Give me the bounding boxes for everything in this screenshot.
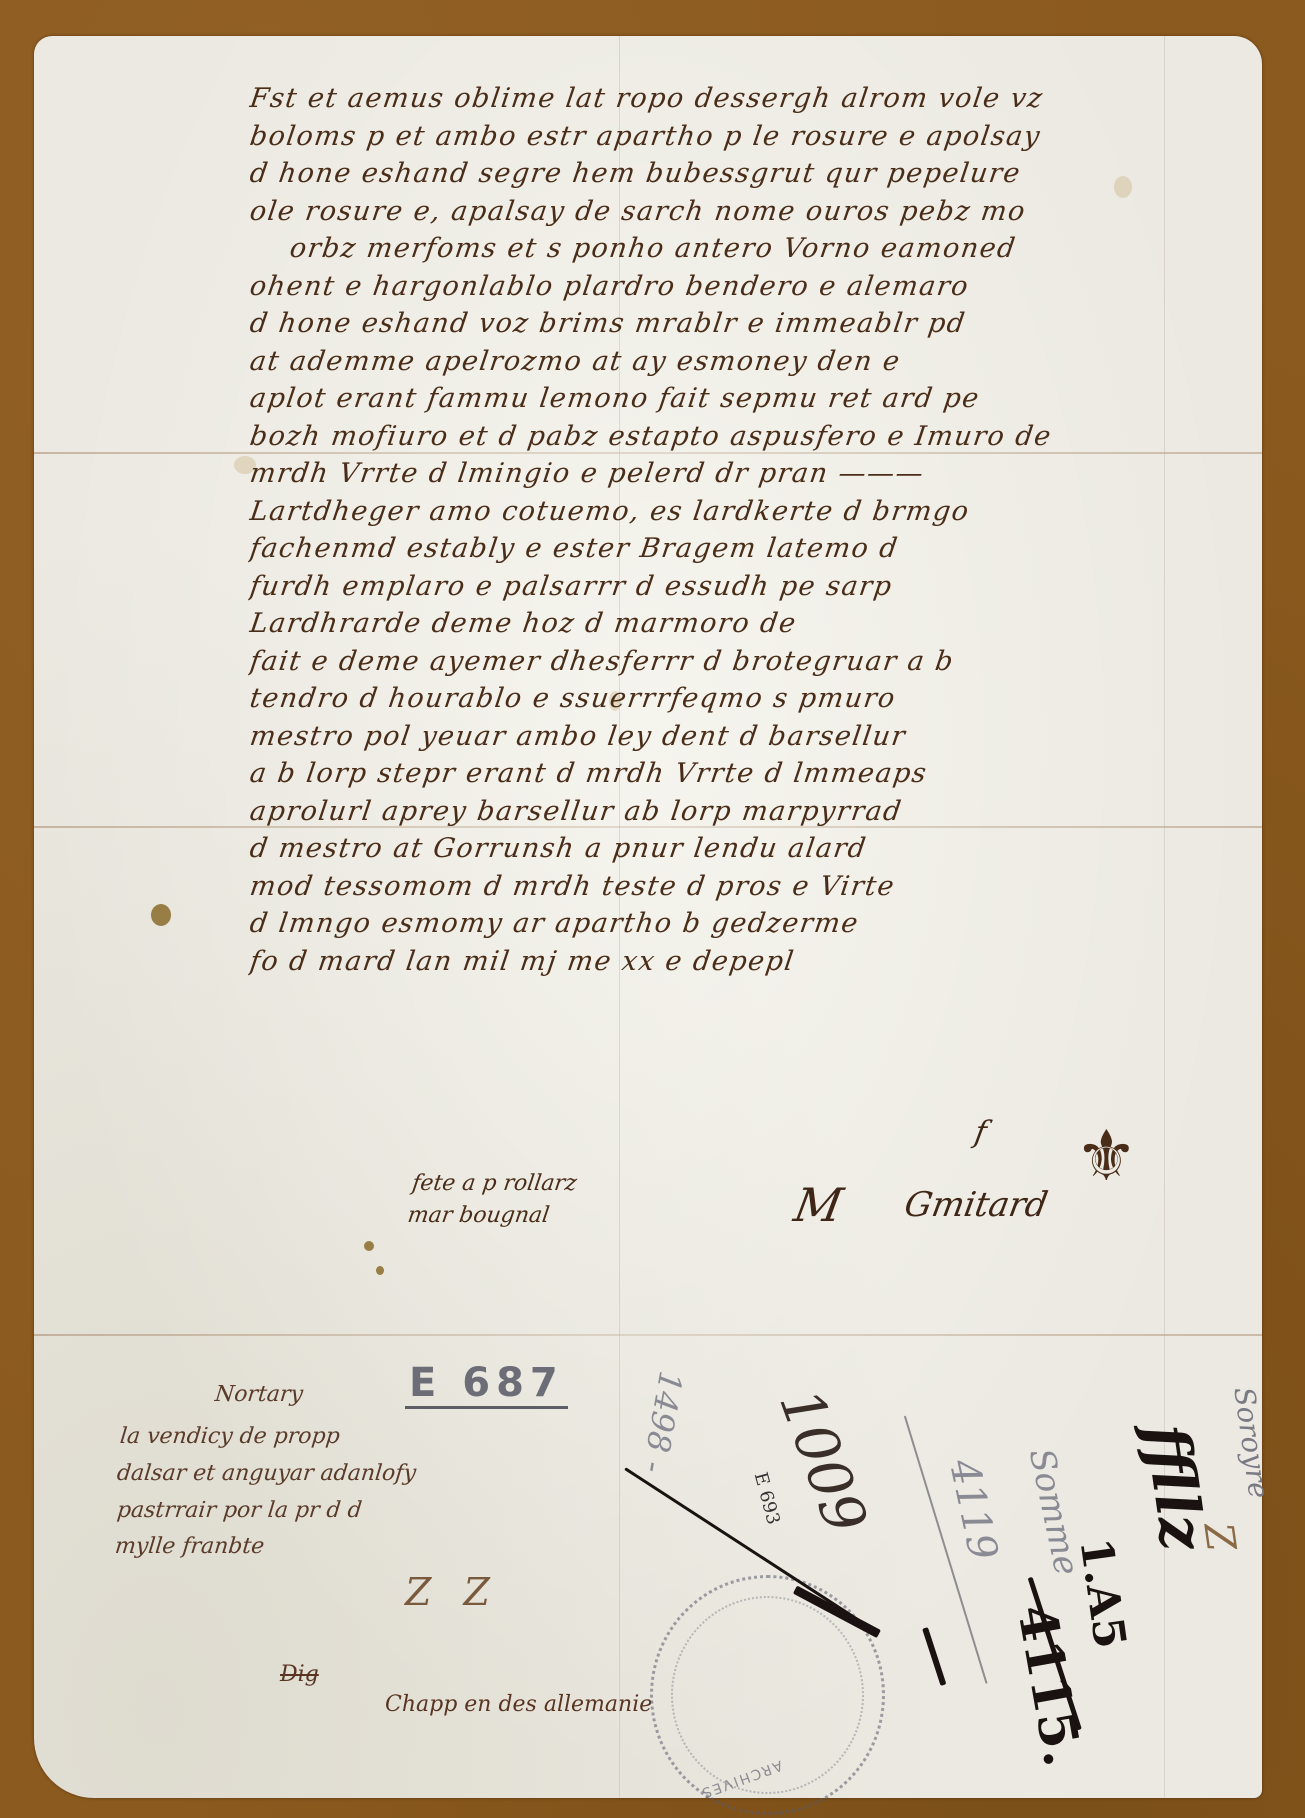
text-line: Lardhrarde deme hoz d marmoro de [247, 605, 1212, 643]
text-line: mod tessomom d mrdh teste d pros e Virte [247, 868, 1212, 906]
endorsement-line: dalsar et anguyar adanlofy [115, 1455, 418, 1492]
text-line: fo d mard lan mil mj me xx e depepl [247, 943, 1212, 981]
subscription-note: fete a p rollarz mar bougnal [406, 1168, 579, 1232]
fold-line [34, 1334, 1262, 1336]
text-line: a b lorp stepr erant d mrdh Vrrte d lmme… [247, 755, 1212, 793]
ink-stain [364, 1241, 374, 1251]
text-line: aprolurl aprey barsellur ab lorp marpyrr… [247, 793, 1212, 831]
subscription-line: mar bougnal [406, 1200, 575, 1232]
text-line: aplot erant fammu lemono fait sepmu ret … [247, 380, 1212, 418]
notary-signature: Gmitard [901, 1185, 1050, 1225]
text-line: boloms p et ambo estr apartho p le rosur… [247, 118, 1212, 156]
text-line: tendro d hourablo e ssuerrrfeqmo s pmuro [247, 680, 1212, 718]
document-body: Fst et aemus oblime lat ropo dessergh al… [250, 80, 1210, 980]
text-line: fachenmd estably e ester Bragem latemo d [247, 530, 1212, 568]
text-line: furdh emplaro e palsarrr d essudh pe sar… [247, 568, 1212, 606]
text-line: mrdh Vrrte d lmingio e pelerd dr pran ——… [247, 455, 1212, 493]
text-line: at ademme apelrozmo at ay esmoney den e [247, 343, 1212, 381]
text-line: d lmngo esmomy ar apartho b gedzerme [247, 905, 1212, 943]
text-line: bozh mofiuro et d pabz estapto aspusfero… [247, 418, 1212, 456]
text-line: Fst et aemus oblime lat ropo dessergh al… [247, 80, 1212, 118]
endorsement-marks: Z Z [405, 1570, 500, 1614]
endorsement-line: pastrrair por la pr d d [115, 1492, 364, 1529]
archival-reference: E 687 [405, 1360, 568, 1409]
endorsement-line: la vendicy de propp [118, 1418, 342, 1455]
text-line: ohent e hargonlablo plardro bendero e al… [247, 268, 1212, 306]
ink-stain [376, 1266, 384, 1275]
archive-stamp: ARCHIVES [650, 1575, 885, 1815]
ink-stain [151, 904, 171, 926]
endorsement-line: mylle franbte [113, 1528, 266, 1565]
text-line: fait e deme ayemer dhesferrr d brotegrua… [247, 643, 1212, 681]
text-line: d hone eshand segre hem bubessgrut qur p… [247, 155, 1212, 193]
text-line: Lartdheger amo cotuemo, es lardkerte d b… [247, 493, 1212, 531]
endorsement-line: Nortary [213, 1376, 305, 1413]
crossed-mark: Dig [280, 1662, 319, 1687]
notarial-paraph-icon: ⚜ [1075, 1115, 1138, 1197]
signature-initial: M [790, 1178, 847, 1232]
endorsement-bottom-line: Chapp en des allemanie [385, 1692, 652, 1717]
text-line: ole rosure e, apalsay de sarch nome ouro… [247, 193, 1212, 231]
text-line: d mestro at Gorrunsh a pnur lendu alard [247, 830, 1212, 868]
text-line: orbz merfoms et s ponho antero Vorno eam… [247, 230, 1212, 268]
subscription-line: fete a p rollarz [410, 1168, 579, 1200]
text-line: mestro pol yeuar ambo ley dent d barsell… [247, 718, 1212, 756]
text-line: d hone eshand voz brims mrablr e immeabl… [247, 305, 1212, 343]
